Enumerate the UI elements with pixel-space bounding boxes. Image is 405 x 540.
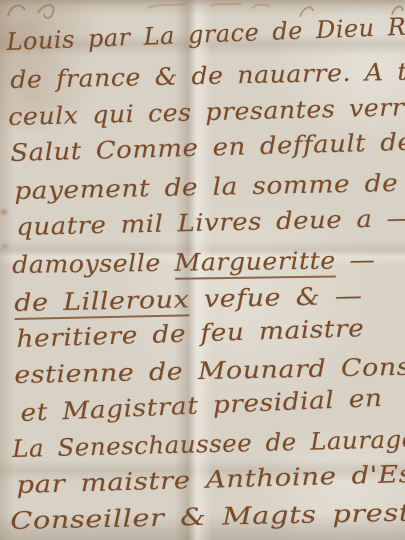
manuscript-line: estienne de Mounard Cons: [14, 353, 405, 389]
manuscript-photo: Louis par La grace de Dieu Roy de france…: [0, 0, 405, 540]
line-text: Conseiller & Magts prest: [10, 499, 405, 535]
line-text: estienne de Mounard Cons: [14, 353, 405, 389]
manuscript-line: payement de la somme de: [14, 169, 399, 205]
manuscript-line: Salut Comme en deffault de: [10, 128, 405, 167]
line-text: vefue & —: [189, 282, 363, 314]
line-text: damoyselle: [12, 249, 175, 279]
manuscript-line: quatre mil Livres deue a —: [16, 204, 405, 241]
line-text: Salut Comme en deffault de: [10, 128, 405, 167]
line-text: et Magistrat presidial en: [20, 384, 383, 427]
line-text: payement de la somme de: [14, 169, 399, 205]
line-text: quatre mil Livres deue a —: [16, 204, 405, 241]
manuscript-line: damoyselle Margueritte —: [12, 246, 375, 279]
line-text: ceulx qui ces presantes verron: [8, 93, 405, 131]
line-text: —: [336, 246, 376, 275]
line-text: de france & de nauarre. A toutz: [10, 56, 405, 94]
manuscript-line: heritiere de feu maistre: [16, 314, 365, 353]
line-text: par maistre Anthoine d'Esta: [16, 459, 405, 499]
manuscript-line: de france & de nauarre. A toutz: [10, 56, 405, 94]
underlined-name: Margueritte: [174, 246, 336, 279]
manuscript-line: et Magistrat presidial en: [20, 384, 383, 427]
manuscript-line: Conseiller & Magts prest: [10, 499, 405, 535]
manuscript-line: ceulx qui ces presantes verron: [8, 93, 405, 131]
manuscript-line: La Seneschaussee de Lauragois: [12, 425, 405, 463]
underlined-name: de Lilleroux: [14, 285, 190, 320]
line-text: heritiere de feu maistre: [16, 314, 365, 353]
manuscript-line: de Lilleroux vefue & —: [14, 282, 363, 317]
line-text: La Seneschaussee de Lauragois: [12, 425, 405, 463]
manuscript-line: par maistre Anthoine d'Esta: [16, 459, 405, 499]
